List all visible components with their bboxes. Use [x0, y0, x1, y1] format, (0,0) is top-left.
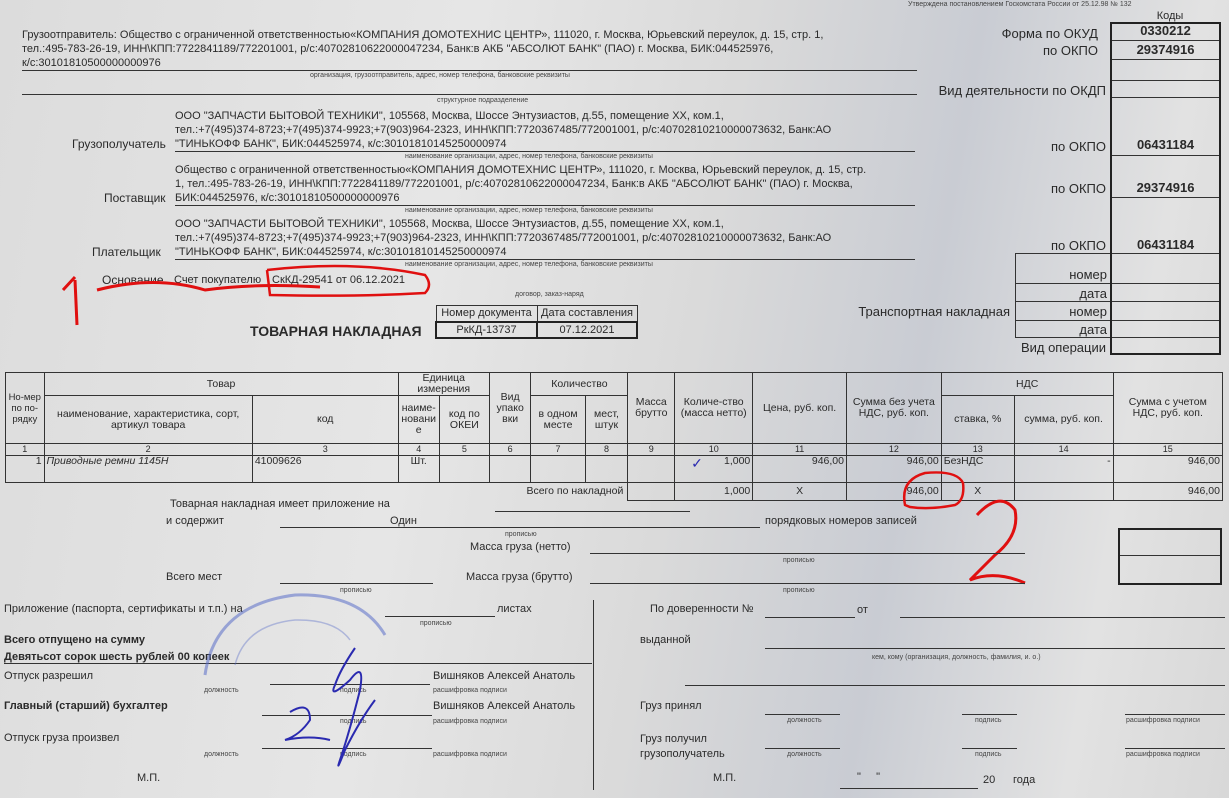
okpo-label-payer: по ОКПО: [900, 238, 1106, 253]
col-num: 2: [44, 444, 252, 456]
row-qty-one: [531, 456, 585, 483]
footer-divider: [593, 600, 594, 790]
col-header-sum-vat: Сумма с учетом НДС, руб. коп.: [1113, 373, 1222, 444]
codes-title: Коды: [1120, 10, 1220, 22]
stamp-place-right: М.П.: [713, 772, 736, 784]
col-num: 5: [439, 444, 489, 456]
shipper-text-1: Общество с ограниченной ответственностью…: [120, 29, 823, 41]
cargo-accepted-label: Груз принял: [640, 700, 702, 712]
payer-block: ООО "ЗАПЧАСТИ БЫТОВОЙ ТЕХНИКИ", 105568, …: [175, 217, 915, 259]
doc-date-header: Дата составления: [537, 306, 637, 322]
supplier-line-3: БИК:044525976, к/с:30101810500000000976: [175, 191, 935, 205]
transport-date-label-1: дата: [1015, 286, 1107, 301]
okpo-label-shipper: по ОКПО: [900, 43, 1098, 58]
consignee-line-2: тел.:+7(495)374-8723;+7(495)374-9923;+7(…: [175, 123, 915, 137]
okud-label: Форма по ОКУД: [900, 26, 1098, 41]
row-gross: [628, 456, 675, 483]
col-header-sum-novat: Сумма без учета НДС, руб. коп.: [846, 373, 941, 444]
okpo-label-consignee: по ОКПО: [900, 139, 1106, 154]
col-header-goods-code: код: [252, 396, 398, 444]
row-net-cell: ✓1,000: [675, 456, 753, 483]
attachment-label: Товарная накладная имеет приложение на: [170, 498, 390, 510]
gross-mass-label: Масса груза (брутто): [466, 571, 573, 583]
total-net: 1,000: [675, 483, 753, 501]
col-header-vat-rate: ставка, %: [941, 396, 1014, 444]
col-header-gross: Масса брутто: [628, 373, 675, 444]
shipper-text-3: к/с:30101810500000000976: [22, 56, 922, 70]
okpo-shipper-code: 29374916: [1112, 41, 1219, 60]
supplier-caption: наименование организации, адрес, номер т…: [405, 207, 653, 214]
col-header-qty-places: мест, штук: [585, 396, 628, 444]
doc-number: РкКД-13737: [436, 322, 537, 338]
row-qty-places: [585, 456, 628, 483]
col-num: 3: [252, 444, 398, 456]
row-price: 946,00: [753, 456, 847, 483]
col-num: 7: [531, 444, 585, 456]
col-header-vat: НДС: [941, 373, 1113, 396]
contains-caption: прописью: [505, 531, 537, 538]
row-pack: [489, 456, 531, 483]
approval-note: Утверждена постановлением Госкомстата Ро…: [908, 1, 1132, 8]
row-okei: [439, 456, 489, 483]
decode-caption-1: расшифровка подписи: [433, 687, 507, 694]
transport-label: Транспортная накладная: [840, 304, 1010, 319]
supplier-line-1: Общество с ограниченной ответственностью…: [175, 163, 935, 177]
col-header-net: Количе-ство (масса нетто): [675, 373, 753, 444]
decode-caption-3: расшифровка подписи: [433, 751, 507, 758]
col-header-unit-okei: код по ОКЕИ: [439, 396, 489, 444]
row-sum-vat: 946,00: [1113, 456, 1222, 483]
okpo-supplier-code: 29374916: [1112, 180, 1219, 195]
payer-caption: наименование организации, адрес, номер т…: [405, 261, 653, 268]
contains-label: и содержит: [166, 515, 224, 527]
consignee-label: Грузополучатель: [72, 137, 166, 151]
doc-number-header: Номер документа: [436, 306, 537, 322]
consignee-line-1: ООО "ЗАПЧАСТИ БЫТОВОЙ ТЕХНИКИ", 105568, …: [175, 109, 915, 123]
row-code: 41009626: [252, 456, 398, 483]
handwritten-signature: [280, 640, 390, 780]
operation-label: Вид операции: [1000, 340, 1106, 355]
col-num: 11: [753, 444, 847, 456]
payer-line-2: тел.:+7(495)374-8723;+7(495)374-9923;+7(…: [175, 231, 915, 245]
basis-caption: договор, заказ-наряд: [515, 291, 584, 298]
date-quotes: " ": [857, 771, 880, 783]
cargo-received-label-1: Груз получил: [640, 733, 707, 745]
col-num: 8: [585, 444, 628, 456]
accepted-signature-caption: подпись: [975, 717, 1001, 724]
struct-caption: структурное подразделение: [437, 97, 528, 104]
col-header-unit: Единица измерения: [398, 373, 489, 396]
row-num: 1: [6, 456, 45, 483]
accepted-decode-caption: расшифровка подписи: [1126, 717, 1200, 724]
okud-code: 0330212: [1112, 22, 1219, 41]
col-num: 6: [489, 444, 531, 456]
col-header-vat-sum: сумма, руб. коп.: [1014, 396, 1113, 444]
col-num: 10: [675, 444, 753, 456]
accepted-position-caption: должность: [787, 717, 822, 724]
consignee-line-3: "ТИНЬКОФФ БАНК", БИК:044525974, к/с:3010…: [175, 137, 915, 151]
shipper-text-2: тел.:495-783-26-19, ИНН\КПП:7722841189/7…: [22, 42, 922, 56]
doc-date: 07.12.2021: [537, 322, 637, 338]
supplier-block: Общество с ограниченной ответственностью…: [175, 163, 935, 205]
gross-mass-caption: прописью: [783, 587, 815, 594]
row-name: Приводные ремни 1145H: [44, 456, 252, 483]
row-unit: Шт.: [398, 456, 439, 483]
signer-name-1: Вишняков Алексей Анатоль: [433, 670, 575, 682]
transport-date-label-2: дата: [1015, 322, 1107, 337]
col-num: 13: [941, 444, 1014, 456]
transport-number-label-2: номер: [1015, 304, 1107, 319]
issued-label: выданной: [640, 634, 691, 646]
goods-table: Но-мер по по-рядку Товар Единица измерен…: [5, 372, 1223, 501]
issued-caption: кем, кому (организация, должность, фамил…: [872, 654, 1041, 661]
received-signature-caption: подпись: [975, 751, 1001, 758]
col-num: 15: [1113, 444, 1222, 456]
column-numbers-row: 1 2 3 4 5 6 7 8 9 10 11 12 13 14 15: [6, 444, 1223, 456]
col-num: 9: [628, 444, 675, 456]
col-num: 14: [1014, 444, 1113, 456]
net-mass-caption: прописью: [783, 557, 815, 564]
col-num: 4: [398, 444, 439, 456]
transport-number-label-1: номер: [1015, 267, 1107, 282]
total-price: X: [753, 483, 847, 501]
stamp-place-left: М.П.: [137, 772, 160, 784]
released-sum-label: Всего отпущено на сумму: [4, 634, 145, 646]
col-header-goods: Товар: [44, 373, 398, 396]
shipper-caption: организация, грузоотправитель, адрес, но…: [310, 72, 570, 79]
contains-value: Один: [390, 515, 417, 527]
check-mark-icon: ✓: [691, 458, 703, 469]
okpo-consignee-code: 06431184: [1112, 137, 1219, 152]
supplier-label: Поставщик: [104, 191, 166, 205]
col-num: 12: [846, 444, 941, 456]
document-title: ТОВАРНАЯ НАКЛАДНАЯ: [250, 323, 422, 339]
annotation-mark-1: [55, 255, 440, 330]
decode-caption-2: расшифровка подписи: [433, 718, 507, 725]
row-net: 1,000: [724, 455, 750, 467]
col-header-num: Но-мер по по-рядку: [6, 373, 45, 444]
received-decode-caption: расшифровка подписи: [1126, 751, 1200, 758]
signer-name-2: Вишняков Алексей Анатоль: [433, 700, 575, 712]
net-mass-label: Масса груза (нетто): [470, 541, 571, 553]
proxy-label: По доверенности №: [650, 603, 754, 615]
chief-accountant-label: Главный (старший) бухгалтер: [4, 700, 168, 712]
payer-line-1: ООО "ЗАПЧАСТИ БЫТОВОЙ ТЕХНИКИ", 105568, …: [175, 217, 915, 231]
received-position-caption: должность: [787, 751, 822, 758]
document-number-box: Номер документаДата составления РкКД-137…: [435, 305, 638, 339]
shipper-block: Грузоотправитель: Общество с ограниченно…: [22, 28, 922, 70]
sheets-label: листах: [497, 603, 532, 615]
col-header-unit-name: наиме-новани е: [398, 396, 439, 444]
mass-box: [1118, 528, 1222, 585]
cargo-received-label-2: грузополучатель: [640, 748, 725, 760]
col-header-qty-one: в одном месте: [531, 396, 585, 444]
okpo-payer-code: 06431184: [1112, 237, 1219, 252]
release-made-label: Отпуск груза произвел: [4, 732, 119, 744]
records-label: порядковых номеров записей: [765, 515, 917, 527]
proxy-from-label: от: [857, 604, 868, 616]
release-allowed-label: Отпуск разрешил: [4, 670, 93, 682]
total-sum-vat: 946,00: [1113, 483, 1222, 501]
col-header-price: Цена, руб. коп.: [753, 373, 847, 444]
table-row: 1 Приводные ремни 1145H 41009626 Шт. ✓1,…: [6, 456, 1223, 483]
consignee-block: ООО "ЗАПЧАСТИ БЫТОВОЙ ТЕХНИКИ", 105568, …: [175, 109, 915, 151]
col-header-pack: Вид упако вки: [489, 373, 531, 444]
supplier-line-2: 1, тел.:495-783-26-19, ИНН\КПП:772284118…: [175, 177, 935, 191]
col-num: 1: [6, 444, 45, 456]
okdp-label: Вид деятельности по ОКДП: [900, 83, 1106, 98]
places-label: Всего мест: [166, 571, 222, 583]
annotation-mark-2: [895, 465, 1035, 590]
col-header-qty: Количество: [531, 373, 628, 396]
consignee-caption: наименование организации, адрес, номер т…: [405, 153, 653, 160]
year-suffix: года: [1013, 774, 1035, 786]
year-prefix: 20: [983, 774, 995, 786]
col-header-goods-name: наименование, характеристика, сорт, арти…: [44, 396, 252, 444]
shipper-label: Грузоотправитель:: [22, 29, 117, 41]
